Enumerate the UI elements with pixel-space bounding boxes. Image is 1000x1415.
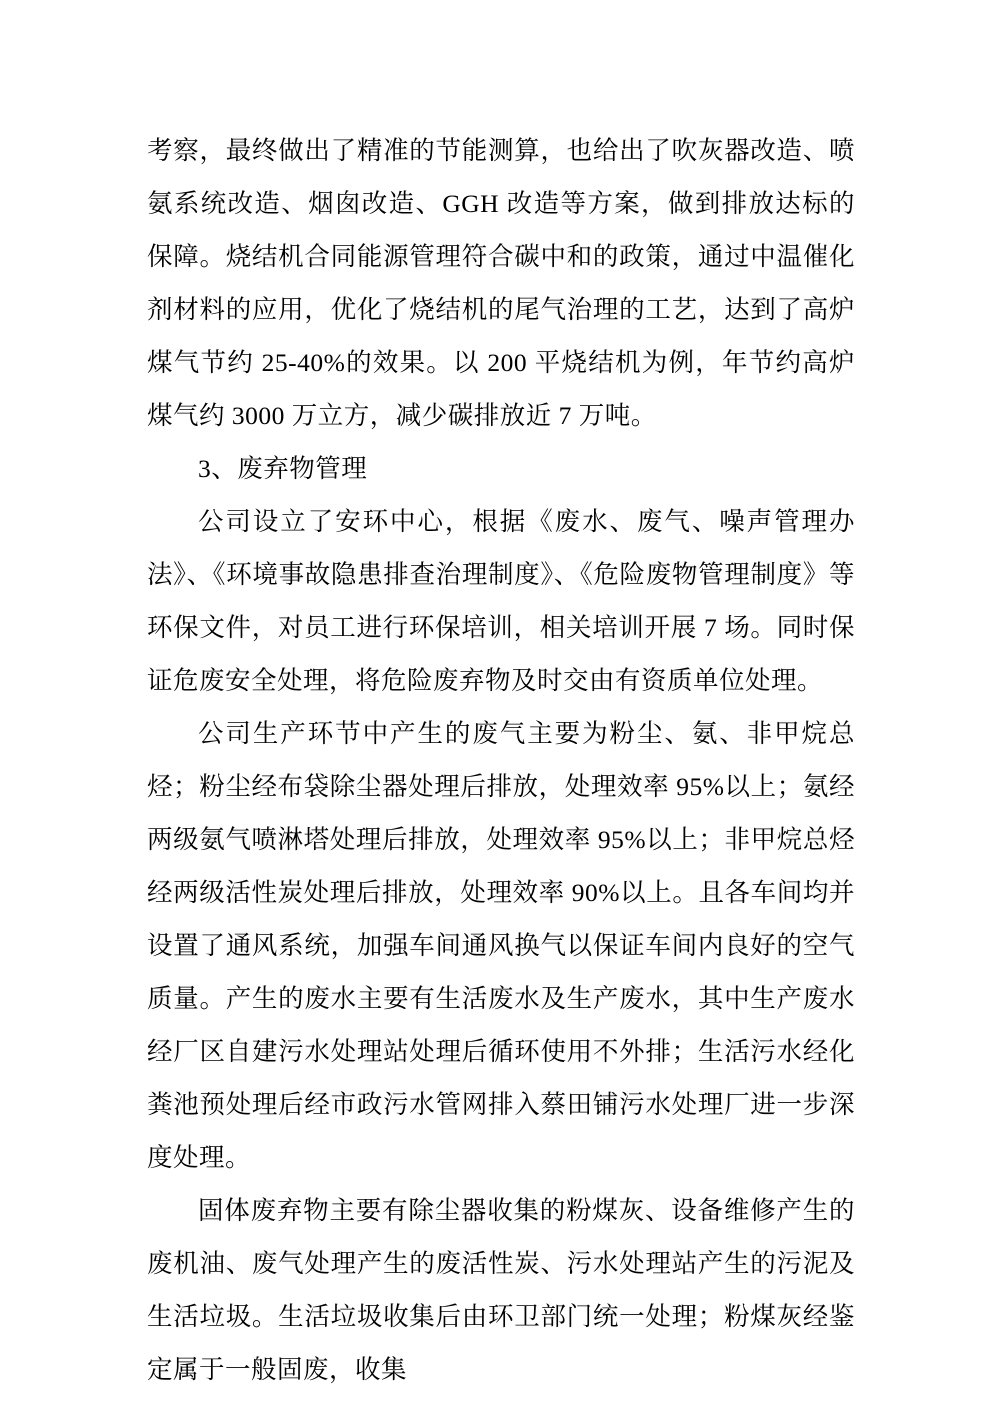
paragraph-environment-center: 公司设立了安环中心，根据《废水、废气、噪声管理办法》、《环境事故隐患排查治理制度… [147,495,855,707]
paragraph-solid-waste: 固体废弃物主要有除尘器收集的粉煤灰、设备维修产生的废机油、废气处理产生的废活性炭… [147,1184,855,1396]
document-page: 考察，最终做出了精准的节能测算，也给出了吹灰器改造、喷氨系统改造、烟囱改造、GG… [0,0,1000,1415]
document-body: 考察，最终做出了精准的节能测算，也给出了吹灰器改造、喷氨系统改造、烟囱改造、GG… [147,124,855,1396]
paragraph-energy-saving-continuation: 考察，最终做出了精准的节能测算，也给出了吹灰器改造、喷氨系统改造、烟囱改造、GG… [147,124,855,442]
paragraph-waste-gas-water: 公司生产环节中产生的废气主要为粉尘、氨、非甲烷总烃；粉尘经布袋除尘器处理后排放，… [147,707,855,1184]
section-heading-waste-management: 3、废弃物管理 [147,442,855,495]
